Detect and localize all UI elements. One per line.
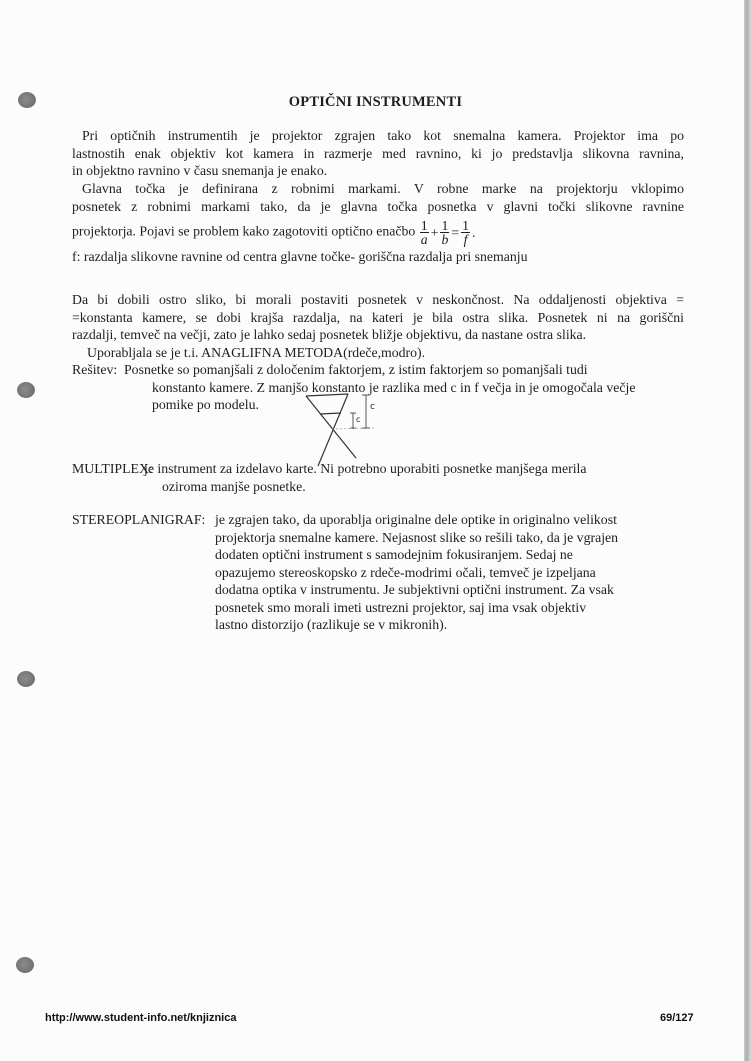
text-line: dodaten optični instrument s samodejnim … bbox=[215, 546, 695, 564]
page-title: OPTIČNI INSTRUMENTI bbox=[0, 94, 751, 111]
diagram-label-outer-c: c bbox=[370, 402, 375, 412]
principal-point-paragraph: Glavna točka je definirana z robnimi mar… bbox=[72, 180, 684, 266]
fraction-1-over-b: 1 b bbox=[440, 219, 449, 246]
text-line: Glavna točka je definirana z robnimi mar… bbox=[72, 180, 684, 198]
sharp-image-paragraph: Da bi dobili ostro sliko, bi morali post… bbox=[72, 291, 684, 361]
text-line: razdalji, temveč na večji, zato je lahko… bbox=[72, 326, 684, 344]
text-line: je zgrajen tako, da uporablja originalne… bbox=[215, 511, 695, 529]
solution-label: Rešitev: bbox=[72, 361, 117, 379]
focal-definition: f: razdalja slikovne ravnine od centra g… bbox=[72, 248, 684, 266]
text-line: =konstanta kamere, se dobi krajša razdal… bbox=[72, 309, 684, 327]
text-line: dodatna optika v instrumentu. Je subjekt… bbox=[215, 581, 695, 599]
stereoplanigraf-body: je zgrajen tako, da uporablja originalne… bbox=[215, 511, 695, 634]
multiplex-label: MULTIPLEX: bbox=[72, 460, 153, 478]
punch-hole bbox=[17, 671, 35, 687]
text-line: oziroma manjše posnetke. bbox=[162, 478, 682, 496]
footer-url-link[interactable]: http://www.student-info.net/knjiznica bbox=[45, 1012, 236, 1024]
fraction-1-over-f: 1 f bbox=[461, 219, 470, 246]
text-line: lastno distorzijo (razlikuje se v mikron… bbox=[215, 616, 695, 634]
text-line: projektorja snemalne kamere. Nejasnost s… bbox=[215, 529, 695, 547]
text-line: in objektno ravnino v času snemanja je e… bbox=[72, 162, 684, 180]
fraction-1-over-a: 1 a bbox=[420, 219, 429, 246]
formula-line: projektorja. Pojavi se problem kako zago… bbox=[72, 219, 684, 246]
punch-hole bbox=[16, 957, 34, 973]
intro-paragraph: Pri optičnih instrumentih je projektor z… bbox=[72, 127, 684, 180]
text-line: Da bi dobili ostro sliko, bi morali post… bbox=[72, 291, 684, 309]
text-line: pomike po modelu. bbox=[124, 396, 684, 414]
scan-edge-strip bbox=[744, 0, 751, 1061]
text-line: posnetek z robnimi markami tako, da je g… bbox=[72, 198, 684, 216]
text-line: posnetek smo morali imeti ustrezni proje… bbox=[215, 599, 695, 617]
stereoplanigraf-label: STEREOPLANIGRAF: bbox=[72, 511, 205, 529]
diagram-label-inner-c: c bbox=[356, 415, 360, 424]
text-line: opazujemo stereoskopsko z rdeče-modrimi … bbox=[215, 564, 695, 582]
text-line: lastnostih enak objektiv kot kamera in r… bbox=[72, 145, 684, 163]
text-line: Posnetke so pomanjšali z določenim fakto… bbox=[124, 361, 684, 379]
punch-hole bbox=[17, 382, 35, 398]
text-line: konstanto kamere. Z manjšo konstanto je … bbox=[124, 379, 684, 397]
text-line: je instrument za izdelavo karte. Ni potr… bbox=[144, 460, 682, 478]
text-line: Pri optičnih instrumentih je projektor z… bbox=[72, 127, 684, 145]
page-number: 69/127 bbox=[660, 1012, 694, 1024]
solution-body: Posnetke so pomanjšali z določenim fakto… bbox=[124, 361, 684, 414]
formula-lead: projektorja. Pojavi se problem kako zago… bbox=[72, 224, 415, 239]
anaglyph-line: Uporabljala se je t.i. ANAGLIFNA METODA(… bbox=[72, 344, 684, 362]
multiplex-body: je instrument za izdelavo karte. Ni potr… bbox=[162, 460, 682, 495]
